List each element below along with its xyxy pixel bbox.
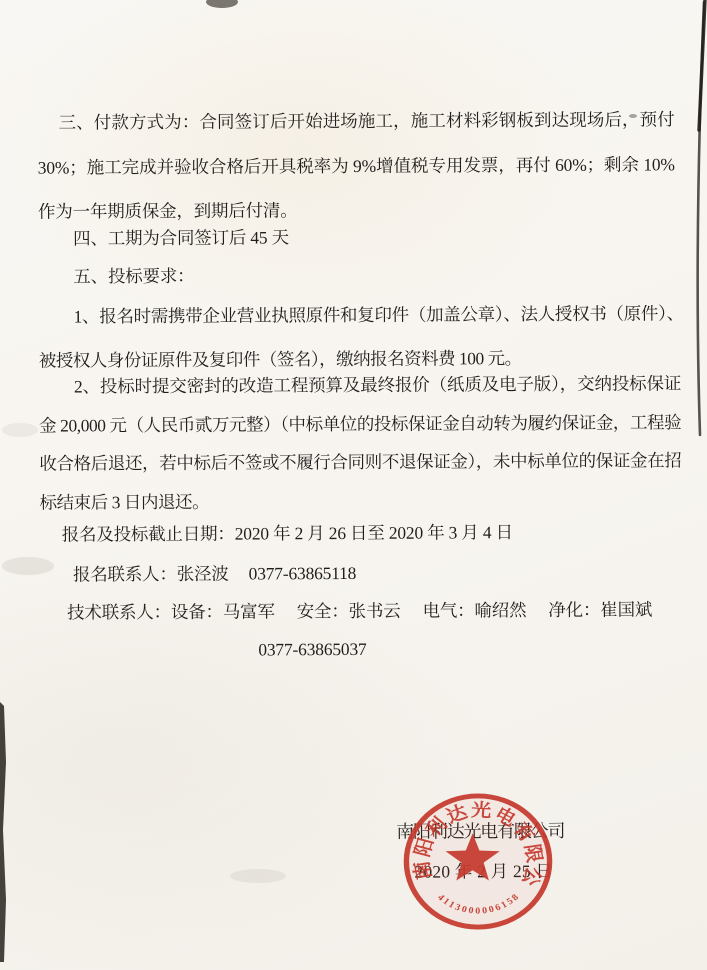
line-technical-contacts: 技术联系人：设备：马富军安全：张书云电气：喻绍然净化：崔国斌: [40, 590, 707, 632]
company-seal-stamp: 南阳利达光电有限公司 4113000006158: [401, 791, 555, 932]
line-registration-deadline: 报名及投标截止日期：2020 年 2 月 26 日至 2020 年 3 月 4 …: [40, 512, 700, 554]
technical-entry-name: 崔国斌: [600, 599, 652, 619]
technical-entry-field: 电气：: [422, 600, 474, 620]
line-technical-phone: 0377-63865037: [258, 629, 558, 669]
technical-entry-name: 喻绍然: [474, 600, 526, 620]
technical-contact-label: 技术联系人：: [67, 602, 171, 623]
technical-entry-name: 马富军: [223, 601, 275, 621]
registration-contact-name: 张泾波: [177, 564, 229, 584]
registration-contact-label: 报名联系人：: [73, 564, 177, 585]
paragraph-payment-terms: 三、付款方式为：合同签订后开始进场施工，施工材料彩钢板到达现场后，预付 30%；…: [37, 97, 675, 234]
heading-bid-requirements: 五、投标要求：: [38, 253, 675, 296]
line-registration-contact: 报名联系人：张泾波0377-63865118: [40, 552, 700, 594]
technical-entry-name: 张书云: [349, 601, 401, 621]
registration-contact-phone: 0377-63865118: [249, 563, 357, 584]
technical-entry-field: 净化：: [548, 600, 600, 620]
scanned-document-page: 三、付款方式为：合同签订后开始进场施工，施工材料彩钢板到达现场后，预付 30%；…: [0, 0, 707, 970]
technical-entry-field: 设备：: [171, 602, 223, 622]
document-body: 三、付款方式为：合同签订后开始进场施工，施工材料彩钢板到达现场后，预付 30%；…: [0, 0, 707, 970]
technical-entry-field: 安全：: [297, 601, 349, 621]
paragraph-project-duration: 四、工期为合同签订后 45 天: [38, 215, 675, 258]
paragraph-bid-bond-requirements: 2、投标时提交密封的改造工程预算及最终报价（纸质及电子版），交纳投标保证金 20…: [39, 364, 682, 522]
